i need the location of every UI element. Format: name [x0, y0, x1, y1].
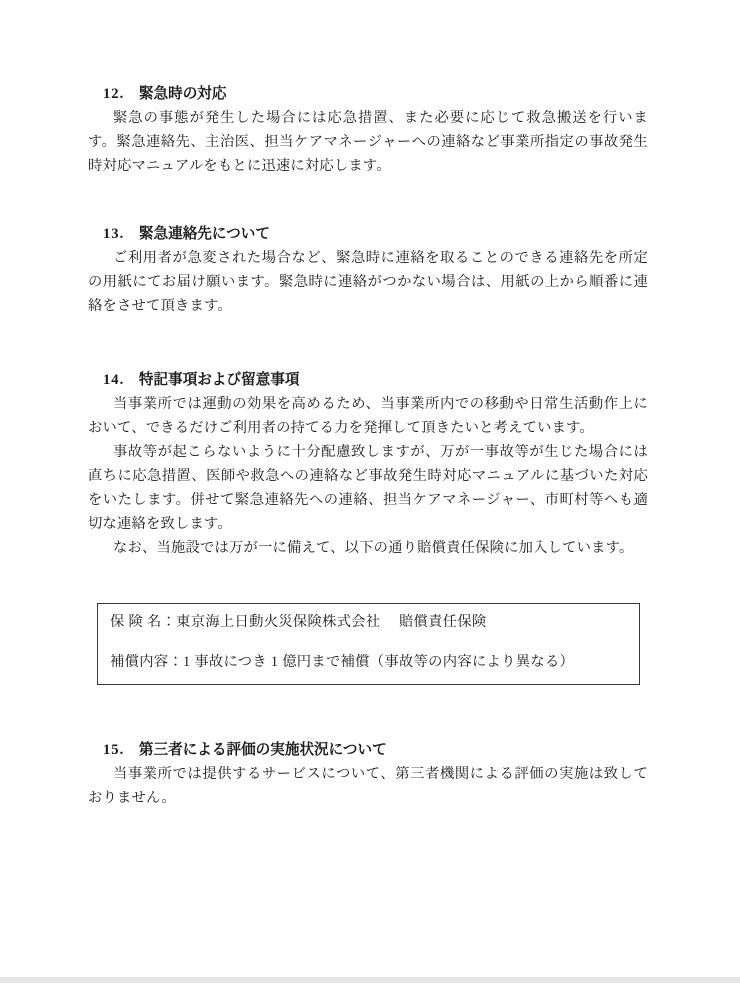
section-14-paragraph-3: なお、当施設では万が一に備えて、以下の通り賠償責任保険に加入しています。: [88, 536, 648, 560]
section-number: 15.: [103, 742, 124, 758]
section-12-paragraph: 緊急の事態が発生した場合には応急措置、また必要に応じて救急搬送を行います。緊急連…: [88, 106, 648, 178]
section-14-paragraph-1: 当事業所では運動の効果を高めるため、当事業所内での移動や日常生活動作上において、…: [88, 392, 648, 440]
insurance-info-box: 保 険 名：東京海上日動火災保険株式会社 賠償責任保険 補償内容：1 事故につき…: [97, 603, 640, 685]
insurance-coverage-line: 補償内容：1 事故につき 1 億円まで補償（事故等の内容により異なる）: [110, 650, 629, 674]
insurance-name-line: 保 険 名：東京海上日動火災保険株式会社 賠償責任保険: [110, 610, 629, 634]
page-bottom-gutter: [0, 977, 740, 983]
section-heading-14: 14. 特記事項および留意事項: [103, 368, 648, 392]
document-content: 12. 緊急時の対応 緊急の事態が発生した場合には応急措置、また必要に応じて救急…: [88, 0, 648, 810]
section-14-paragraph-2: 事故等が起こらないように十分配慮致しますが、万が一事故等が生じた場合には直ちに応…: [88, 440, 648, 536]
section-number: 14.: [103, 372, 124, 388]
document-page: 12. 緊急時の対応 緊急の事態が発生した場合には応急措置、また必要に応じて救急…: [0, 0, 740, 983]
section-13-paragraph: ご利用者が急変された場合など、緊急時に連絡を取ることのできる連絡先を所定の用紙に…: [88, 246, 648, 318]
section-number: 12.: [103, 86, 124, 102]
section-15-paragraph: 当事業所では提供するサービスについて、第三者機関による評価の実施は致しておりませ…: [88, 762, 648, 810]
section-title: 第三者による評価の実施状況について: [139, 742, 387, 758]
section-heading-15: 15. 第三者による評価の実施状況について: [103, 738, 648, 762]
section-title: 特記事項および留意事項: [139, 372, 300, 388]
section-heading-12: 12. 緊急時の対応: [103, 82, 648, 106]
section-title: 緊急時の対応: [139, 86, 227, 102]
section-number: 13.: [103, 226, 124, 242]
section-title: 緊急連絡先について: [139, 226, 270, 242]
section-heading-13: 13. 緊急連絡先について: [103, 222, 648, 246]
